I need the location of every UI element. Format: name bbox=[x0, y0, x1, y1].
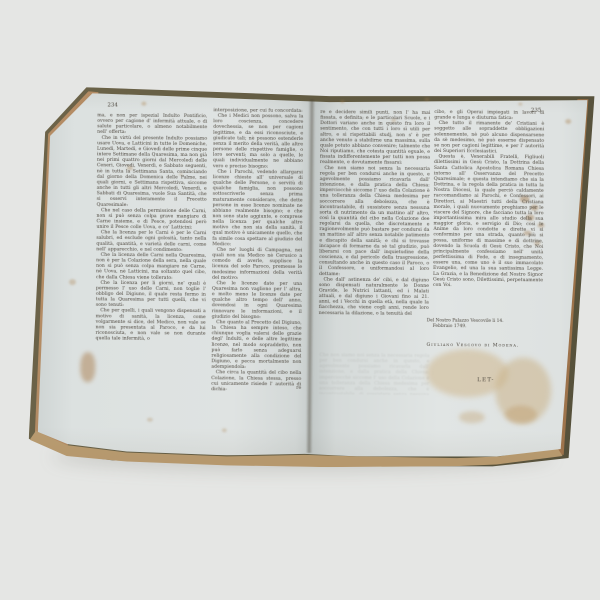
paragraph: Che tutto il rimanente de' Cristiani è s… bbox=[434, 120, 544, 154]
stain bbox=[80, 352, 95, 382]
paragraph: Che quanto al Precetto del Digiuno, la C… bbox=[211, 319, 301, 370]
paragraph: Che non siamo noi senza la necessaria re… bbox=[319, 165, 430, 277]
right-page-column-1: re e decidere simili punti, non l' ha ma… bbox=[318, 109, 430, 360]
right-page-column-2: cibo, e gli Operai impiegati in lavori d… bbox=[433, 109, 545, 316]
signature: Giuliano Vescovo di Modena. bbox=[426, 342, 566, 353]
paragraph: Questa è, Venerabili Fratelli, Figliuoli… bbox=[433, 154, 544, 289]
stain bbox=[459, 411, 485, 423]
paragraph: Che per quelli, i quali vengono dispensa… bbox=[96, 308, 206, 342]
paragraph: Che le licenze date per una Quaresima no… bbox=[212, 280, 302, 320]
paragraph: Che nel caso della permissione delle Car… bbox=[96, 207, 206, 230]
stain bbox=[222, 428, 227, 432]
paragraph: Che dall' astinenza de' cibi, e dal digi… bbox=[319, 276, 429, 316]
antique-book-photo: 234 ma, e non per ispezial Indulto Ponti… bbox=[26, 82, 600, 478]
paragraph: Che la licenza delle Carni nella Quaresi… bbox=[96, 252, 206, 281]
dateline-line-2: Febbraio 1749. bbox=[427, 324, 545, 331]
right-page-catchword: LET- bbox=[477, 377, 494, 383]
stain bbox=[424, 98, 429, 101]
left-page-catchword: re bbox=[283, 386, 301, 391]
paragraph: Che ne' luoghi di Campagna, nei quali no… bbox=[212, 247, 302, 281]
stain bbox=[141, 102, 146, 106]
left-page-column-1: ma, e non per ispezial Indulto Pontifici… bbox=[95, 112, 207, 391]
stain bbox=[69, 279, 76, 285]
stain bbox=[518, 103, 522, 106]
paragraph: Che la licenza per li giorni, ne' quali … bbox=[96, 280, 206, 309]
bleed-through-text: Che non siamo noi senza la necessaria re… bbox=[319, 352, 429, 395]
stain bbox=[340, 100, 344, 103]
paragraph: Che i Medici non possono, salva la loro … bbox=[213, 113, 303, 169]
stain bbox=[147, 418, 153, 422]
paragraph: re e decidere simili punti, non l' ha ma… bbox=[320, 109, 430, 166]
paragraph: Che in virtù del presente Indulto possia… bbox=[97, 135, 208, 208]
paragraph: cibo, e gli Operai impiegati in lavori d… bbox=[434, 109, 544, 121]
left-page-number: 234 bbox=[107, 102, 118, 108]
stain bbox=[565, 119, 571, 124]
photo-background: { "book": { "left_page": { "page_number"… bbox=[0, 0, 600, 600]
dateline: Del Nostro Palazzo Vescovile li 14. Febb… bbox=[427, 318, 545, 335]
left-page-column-2: interposizione, per cui fu concordata:Ch… bbox=[211, 107, 303, 392]
paragraph: ma, e non per ispezial Indulto Pontifici… bbox=[97, 112, 207, 135]
paragraph: Che la licenza per le Carni è per le Car… bbox=[96, 229, 206, 252]
paragraph: Che i Parochi, vedendo allargarsi licenz… bbox=[212, 169, 303, 248]
stain bbox=[505, 406, 537, 424]
